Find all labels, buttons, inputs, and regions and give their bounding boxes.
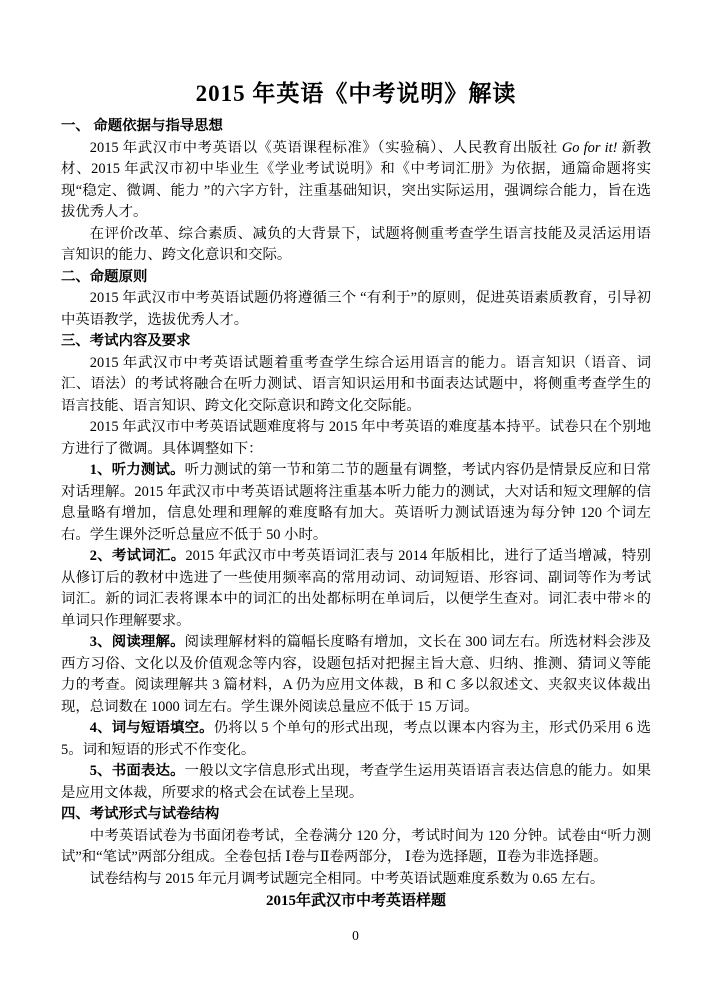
- item-3-lead: 3、阅读理解。: [90, 634, 185, 650]
- section-1: 一、 命题依据与指导思想 2015 年武汉市中考英语以《英语课程标准》（实验稿）…: [61, 116, 651, 267]
- section-3-item-4: 4、词与短语填空。仍将以 5 个单句的形式出现，考点以课本内容为主，形式仍采用 …: [61, 718, 651, 761]
- section-3-item-1: 1、听力测试。听力测试的第一节和第二节的题量有调整，考试内容仍是情景反应和日常对…: [61, 460, 651, 546]
- section-4-paragraph-2: 试卷结构与 2015 年元月调考试题完全相同。中考英语试题难度系数为 0.65 …: [61, 869, 651, 891]
- document-title: 2015 年英语《中考说明》解读: [61, 78, 651, 109]
- section-3: 三、考试内容及要求 2015 年武汉市中考英语试题着重考查学生综合运用语言的能力…: [61, 331, 651, 804]
- section-3-item-3: 3、阅读理解。阅读理解材料的篇幅长度略有增加，文长在 300 词左右。所选材料会…: [61, 632, 651, 718]
- section-1-paragraph-1: 2015 年武汉市中考英语以《英语课程标准》（实验稿）、人民教育出版社 Go f…: [61, 138, 651, 224]
- item-1-lead: 1、听力测试。: [90, 462, 185, 478]
- section-2: 二、命题原则 2015 年武汉市中考英语试题仍将遵循三个 “有利于”的原则，促进…: [61, 267, 651, 332]
- section-4-heading: 四、考试形式与试卷结构: [61, 804, 651, 826]
- document-page: 2015 年英语《中考说明》解读 一、 命题依据与指导思想 2015 年武汉市中…: [0, 0, 711, 1006]
- section-2-paragraph-1: 2015 年武汉市中考英语试题仍将遵循三个 “有利于”的原则，促进英语素质教育，…: [61, 288, 651, 331]
- section-3-paragraph-2: 2015 年武汉市中考英语试题难度将与 2015 年中考英语的难度基本持平。试卷…: [61, 417, 651, 460]
- item-5-lead: 5、书面表达。: [90, 763, 185, 779]
- section-3-heading: 三、考试内容及要求: [61, 331, 651, 353]
- section-3-paragraph-1: 2015 年武汉市中考英语试题着重考查学生综合运用语言的能力。语言知识（语音、词…: [61, 353, 651, 418]
- section-1-paragraph-2: 在评价改革、综合素质、减负的大背景下，试题将侧重考查学生语言技能及灵活运用语言知…: [61, 224, 651, 267]
- section-1-heading: 一、 命题依据与指导思想: [61, 116, 651, 138]
- section-2-heading: 二、命题原则: [61, 267, 651, 289]
- paragraph-text: 2015 年武汉市中考英语以《英语课程标准》（实验稿）、人民教育出版社: [90, 140, 562, 156]
- item-4-lead: 4、词与短语填空。: [90, 720, 214, 736]
- section-4: 四、考试形式与试卷结构 中考英语试卷为书面闭卷考试，全卷满分 120 分，考试时…: [61, 804, 651, 890]
- section-3-item-5: 5、书面表达。一般以文字信息形式出现，考查学生运用英语语言表达信息的能力。如果是…: [61, 761, 651, 804]
- go-for-it-italic-text: Go for it!: [562, 140, 618, 156]
- item-2-lead: 2、考试词汇。: [90, 548, 186, 564]
- document-body: 一、 命题依据与指导思想 2015 年武汉市中考英语以《英语课程标准》（实验稿）…: [61, 116, 651, 912]
- page-number: 0: [0, 928, 711, 944]
- sample-questions-title: 2015年武汉市中考英语样题: [61, 890, 651, 912]
- section-3-item-2: 2、考试词汇。2015 年武汉市中考英语词汇表与 2014 年版相比，进行了适当…: [61, 546, 651, 632]
- section-4-paragraph-1: 中考英语试卷为书面闭卷考试，全卷满分 120 分，考试时间为 120 分钟。试卷…: [61, 826, 651, 869]
